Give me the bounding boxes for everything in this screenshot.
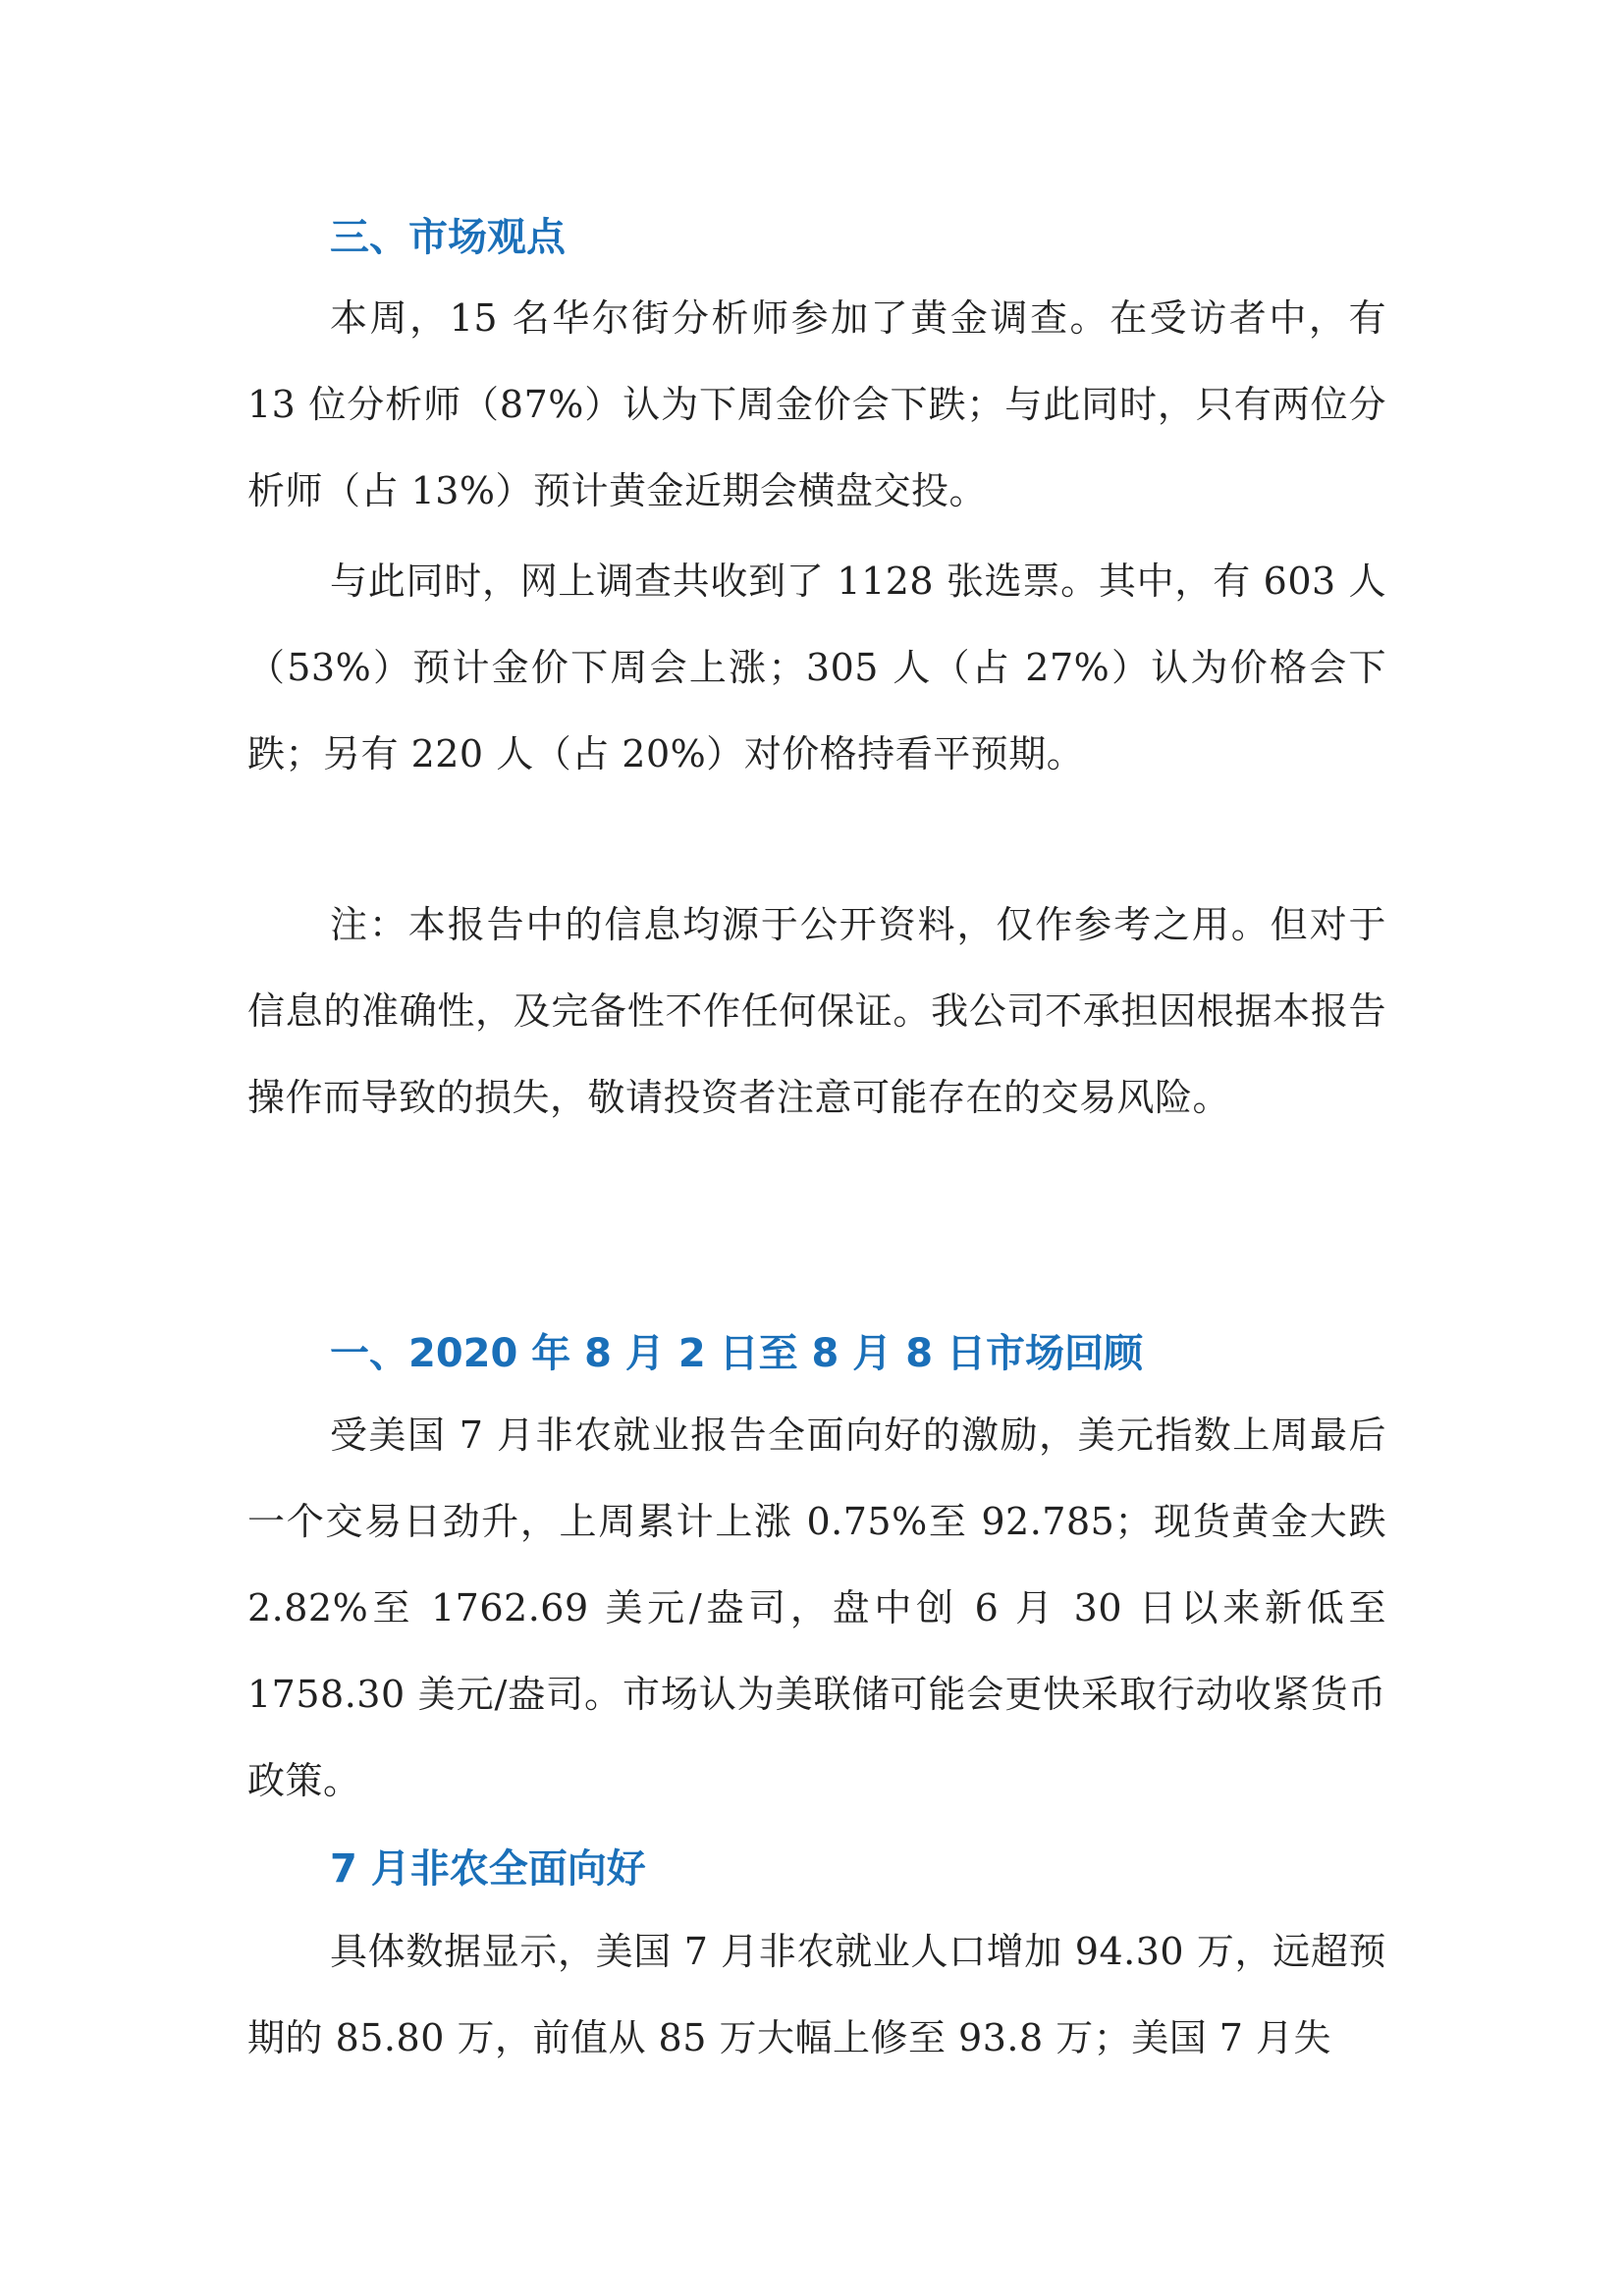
disclaimer-note: 注：本报告中的信息均源于公开资料，仅作参考之用。但对于信息的准确性，及完备性不作… [247, 881, 1386, 1141]
section-heading-market-view: 三、市场观点 [330, 214, 566, 261]
paragraph-nonfarm-data: 具体数据显示，美国 7 月非农就业人口增加 94.30 万，远超预期的 85.8… [247, 1908, 1386, 2081]
paragraph-analyst-survey: 本周，15 名华尔街分析师参加了黄金调查。在受访者中，有 13 位分析师（87%… [247, 275, 1386, 534]
section-heading-market-review: 一、2020 年 8 月 2 日至 8 月 8 日市场回顾 [330, 1330, 1143, 1377]
paragraph-market-review: 受美国 7 月非农就业报告全面向好的激励，美元指数上周最后一个交易日劲升，上周累… [247, 1392, 1386, 1824]
subsection-heading-nonfarm: 7 月非农全面向好 [330, 1845, 646, 1893]
paragraph-online-survey: 与此同时，网上调查共收到了 1128 张选票。其中，有 603 人（53%）预计… [247, 538, 1386, 797]
